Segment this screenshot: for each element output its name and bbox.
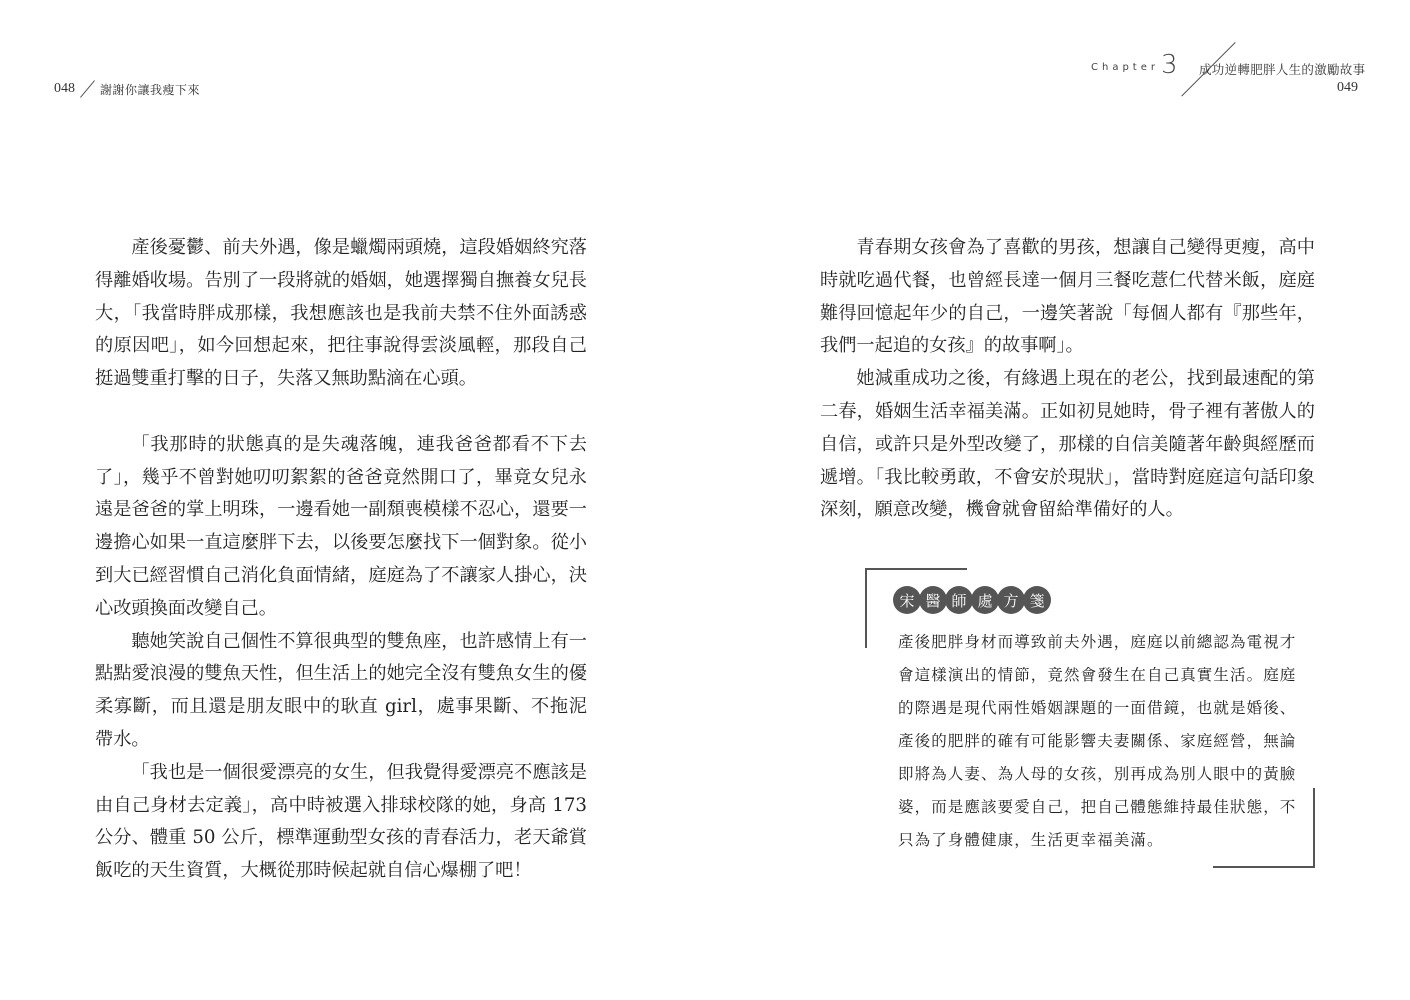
chapter-title: 成功逆轉肥胖人生的激勵故事 — [1199, 60, 1365, 78]
running-header-right: Chapter 3 成功逆轉肥胖人生的激勵故事 049 — [705, 44, 1410, 114]
right-page: Chapter 3 成功逆轉肥胖人生的激勵故事 049 青春期女孩會為了喜歡的男… — [705, 0, 1410, 1000]
label-char: 醫 — [919, 586, 947, 614]
page-number-right: 049 — [1337, 80, 1358, 96]
header-divider — [80, 80, 95, 97]
paragraph: 產後憂鬱、前夫外遇，像是蠟燭兩頭燒，這段婚姻終究落得離婚收場。告別了一段將就的婚… — [95, 232, 587, 396]
paragraph: 青春期女孩會為了喜歡的男孩，想讓自己變得更瘦，高中時就吃過代餐，也曾經長達一個月… — [820, 232, 1315, 363]
prescription-text: 產後肥胖身材而導致前夫外遇，庭庭以前總認為電視才會這樣演出的情節，竟然會發生在自… — [898, 626, 1298, 857]
label-char: 箋 — [1023, 586, 1051, 614]
book-title: 謝謝你讓我瘦下來 — [100, 81, 200, 98]
left-body-text: 產後憂鬱、前夫外遇，像是蠟燭兩頭燒，這段婚姻終究落得離婚收場。告別了一段將就的婚… — [95, 232, 587, 888]
prescription-label: 宋 醫 師 處 方 箋 — [893, 586, 1049, 614]
label-char: 師 — [945, 586, 973, 614]
running-header-left: 048 謝謝你讓我瘦下來 — [54, 78, 200, 100]
bracket-line — [1213, 866, 1315, 868]
page-number-left: 048 — [54, 81, 75, 97]
paragraph: 「我也是一個很愛漂亮的女生，但我覺得愛漂亮不應該是由自己身材去定義」，高中時被選… — [95, 757, 587, 888]
left-page: 048 謝謝你讓我瘦下來 產後憂鬱、前夫外遇，像是蠟燭兩頭燒，這段婚姻終究落得離… — [0, 0, 705, 1000]
right-body-text: 青春期女孩會為了喜歡的男孩，想讓自己變得更瘦，高中時就吃過代餐，也曾經長達一個月… — [820, 232, 1315, 527]
prescription-paragraph: 產後肥胖身材而導致前夫外遇，庭庭以前總認為電視才會這樣演出的情節，竟然會發生在自… — [898, 626, 1298, 857]
paragraph: 她減重成功之後，有緣遇上現在的老公，找到最速配的第二春，婚姻生活幸福美滿。正如初… — [820, 363, 1315, 527]
label-char: 方 — [997, 586, 1025, 614]
paragraph: 「我那時的狀態真的是失魂落魄，連我爸爸都看不下去了」，幾乎不曾對她叨叨絮絮的爸爸… — [95, 429, 587, 626]
doctor-prescription-box: 宋 醫 師 處 方 箋 產後肥胖身材而導致前夫外遇，庭庭以前總認為電視才會這樣演… — [865, 568, 1315, 868]
label-char: 處 — [971, 586, 999, 614]
bracket-line — [1313, 788, 1315, 868]
paragraph: 聽她笑說自己個性不算很典型的雙魚座，也許感情上有一點點愛浪漫的雙魚天性，但生活上… — [95, 626, 587, 757]
bracket-line — [865, 568, 867, 648]
chapter-label: Chapter — [1091, 62, 1159, 73]
chapter-number: 3 — [1161, 50, 1178, 80]
label-char: 宋 — [893, 586, 921, 614]
bracket-line — [865, 568, 967, 570]
